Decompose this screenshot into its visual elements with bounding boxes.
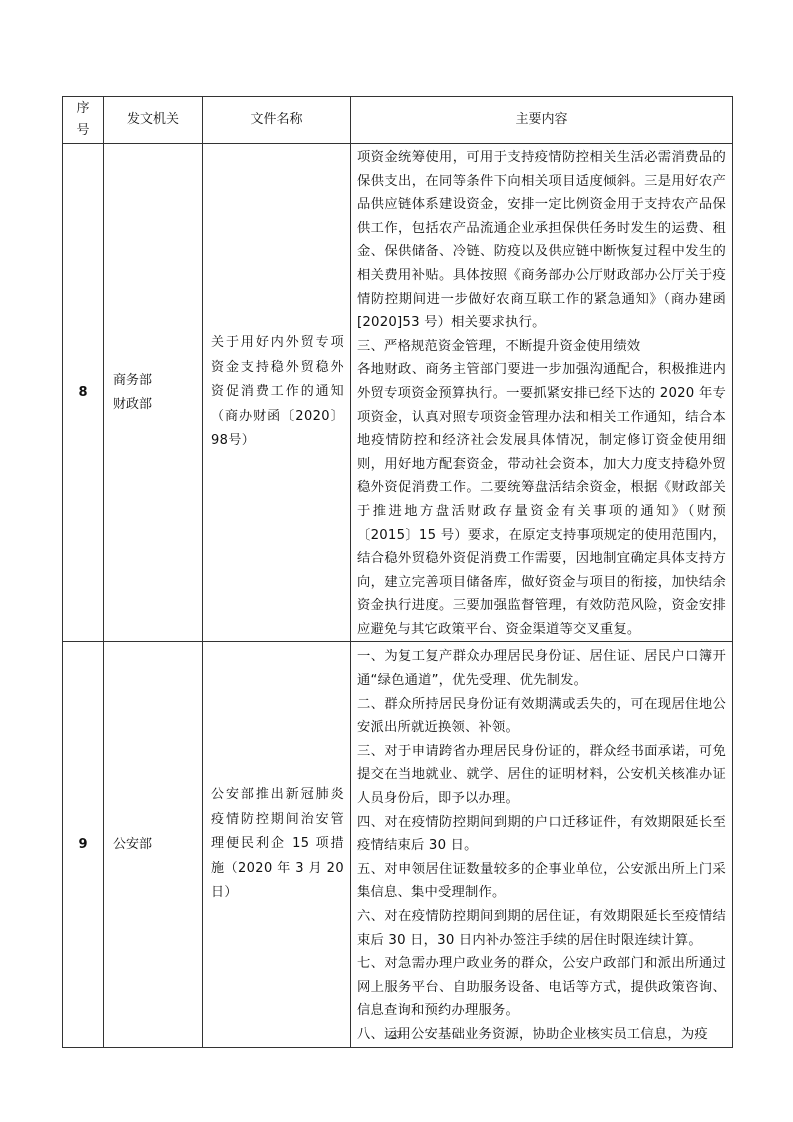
row-issuing-agency: 商务部 财政部	[104, 144, 203, 642]
content-item: 四、对在疫情防控期间到期的户口迁移证件，有效期限延长至疫情结束后 30 日。	[357, 811, 726, 858]
row-main-content: 一、为复工复产群众办理居民身份证、居住证、居民户口簿开通“绿色通道”，优先受理、…	[351, 642, 733, 1047]
header-serial-number-line2: 号	[76, 123, 89, 138]
policy-table: 序 号 发文机关 文件名称 主要内容 8 商务部 财政部 关于用好内外贸专项资金…	[62, 96, 733, 1048]
content-item: 七、对急需办理户政业务的群众，公安户政部门和派出所通过网上服务平台、自助服务设备…	[357, 952, 726, 1023]
content-section-heading: 三、严格规范资金管理，不断提升资金使用绩效	[357, 335, 726, 359]
table-header-row: 序 号 发文机关 文件名称 主要内容	[63, 97, 733, 144]
content-item: 一、为复工复产群众办理居民身份证、居住证、居民户口簿开通“绿色通道”，优先受理、…	[357, 645, 726, 692]
row-serial-number: 9	[63, 642, 104, 1047]
page-number: 23	[0, 1029, 793, 1041]
content-item: 六、对在疫情防控期间到期的居住证，有效期限延长至疫情结束后 30 日，30 日内…	[357, 905, 726, 952]
agency-line: 财政部	[113, 393, 202, 417]
table-row: 8 商务部 财政部 关于用好内外贸专项资金支持稳外贸稳外资促消费工作的通知（商办…	[63, 144, 733, 642]
row-main-content: 项资金统筹使用，可用于支持疫情防控相关生活必需消费品的保供支出，在同等条件下向相…	[351, 144, 733, 642]
row-document-name: 公安部推出新冠肺炎疫情防控期间治安管理便民利企 15 项措施（2020 年 3 …	[203, 642, 351, 1047]
row-document-name: 关于用好内外贸专项资金支持稳外贸稳外资促消费工作的通知（商办财函〔2020〕98…	[203, 144, 351, 642]
agency-line: 公安部	[113, 833, 202, 857]
header-main-content: 主要内容	[351, 97, 733, 144]
content-item: 二、群众所持居民身份证有效期满或丢失的，可在现居住地公安派出所就近换领、补领。	[357, 693, 726, 740]
header-serial-number-line1: 序	[76, 101, 89, 116]
document-page: 序 号 发文机关 文件名称 主要内容 8 商务部 财政部 关于用好内外贸专项资金…	[0, 0, 793, 1122]
row-issuing-agency: 公安部	[104, 642, 203, 1047]
header-issuing-agency: 发文机关	[104, 97, 203, 144]
header-document-name: 文件名称	[203, 97, 351, 144]
table-row: 9 公安部 公安部推出新冠肺炎疫情防控期间治安管理便民利企 15 项措施（202…	[63, 642, 733, 1047]
row-serial-number: 8	[63, 144, 104, 642]
content-item: 五、对申领居住证数量较多的企事业单位，公安派出所上门采集信息、集中受理制作。	[357, 858, 726, 905]
content-paragraph: 项资金统筹使用，可用于支持疫情防控相关生活必需消费品的保供支出，在同等条件下向相…	[357, 146, 726, 335]
agency-line: 商务部	[113, 369, 202, 393]
content-paragraph: 各地财政、商务主管部门要进一步加强沟通配合，积极推进内外贸专项资金预算执行。一要…	[357, 358, 726, 641]
header-serial-number: 序 号	[63, 97, 104, 144]
content-item: 三、对于申请跨省办理居民身份证的，群众经书面承诺，可免提交在当地就业、就学、居住…	[357, 740, 726, 811]
